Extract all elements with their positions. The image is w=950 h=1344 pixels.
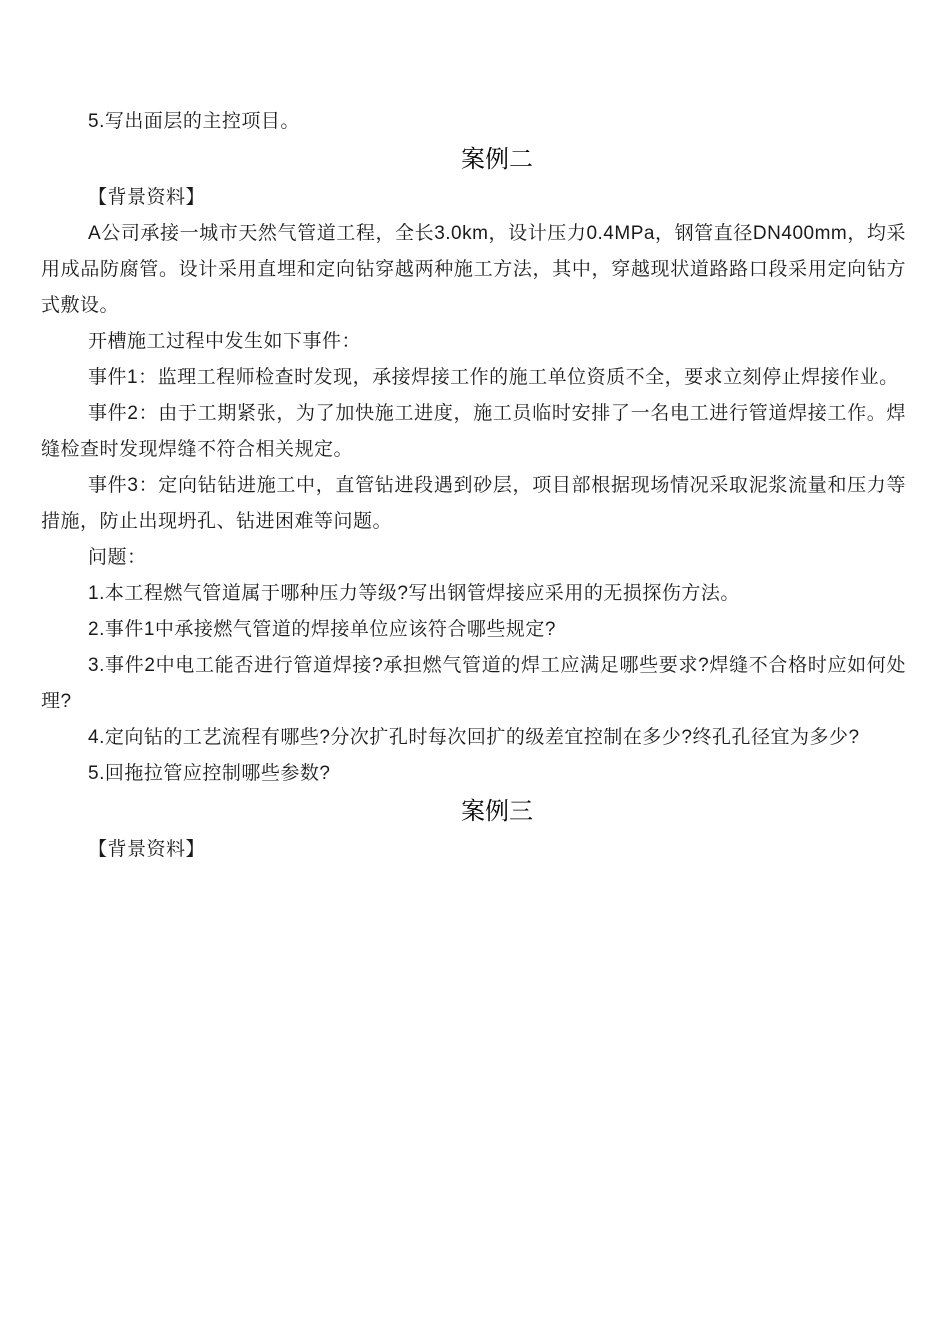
case2-question-5: 5.回拖拉管应控制哪些参数? <box>41 756 906 792</box>
case2-event-1: 事件1：监理工程师检查时发现，承接焊接工作的施工单位资质不全，要求立刻停止焊接作… <box>41 360 906 396</box>
case2-question-1: 1.本工程燃气管道属于哪种压力等级?写出钢管焊接应采用的无损探伤方法。 <box>41 576 906 612</box>
case3-background-label: 【背景资料】 <box>41 832 906 868</box>
previous-section-question-5: 5.写出面层的主控项目。 <box>41 104 906 140</box>
case2-question-3: 3.事件2中电工能否进行管道焊接?承担燃气管道的焊工应满足哪些要求?焊缝不合格时… <box>41 648 906 720</box>
case2-events-intro: 开槽施工过程中发生如下事件： <box>41 324 906 360</box>
case2-question-2: 2.事件1中承接燃气管道的焊接单位应该符合哪些规定? <box>41 612 906 648</box>
case2-heading: 案例二 <box>41 140 906 180</box>
case2-background-label: 【背景资料】 <box>41 180 906 216</box>
document-page: 5.写出面层的主控项目。 案例二 【背景资料】 A公司承接一城市天然气管道工程，… <box>0 0 950 1344</box>
case2-questions-label: 问题： <box>41 540 906 576</box>
case2-question-4: 4.定向钻的工艺流程有哪些?分次扩孔时每次回扩的级差宜控制在多少?终孔孔径宜为多… <box>41 720 906 756</box>
case2-event-3: 事件3：定向钻钻进施工中，直管钻进段遇到砂层，项目部根据现场情况采取泥浆流量和压… <box>41 468 906 540</box>
case2-background-paragraph: A公司承接一城市天然气管道工程，全长3.0km，设计压力0.4MPa，钢管直径D… <box>41 216 906 324</box>
case3-heading: 案例三 <box>41 792 906 832</box>
case2-event-2: 事件2：由于工期紧张，为了加快施工进度，施工员临时安排了一名电工进行管道焊接工作… <box>41 396 906 468</box>
